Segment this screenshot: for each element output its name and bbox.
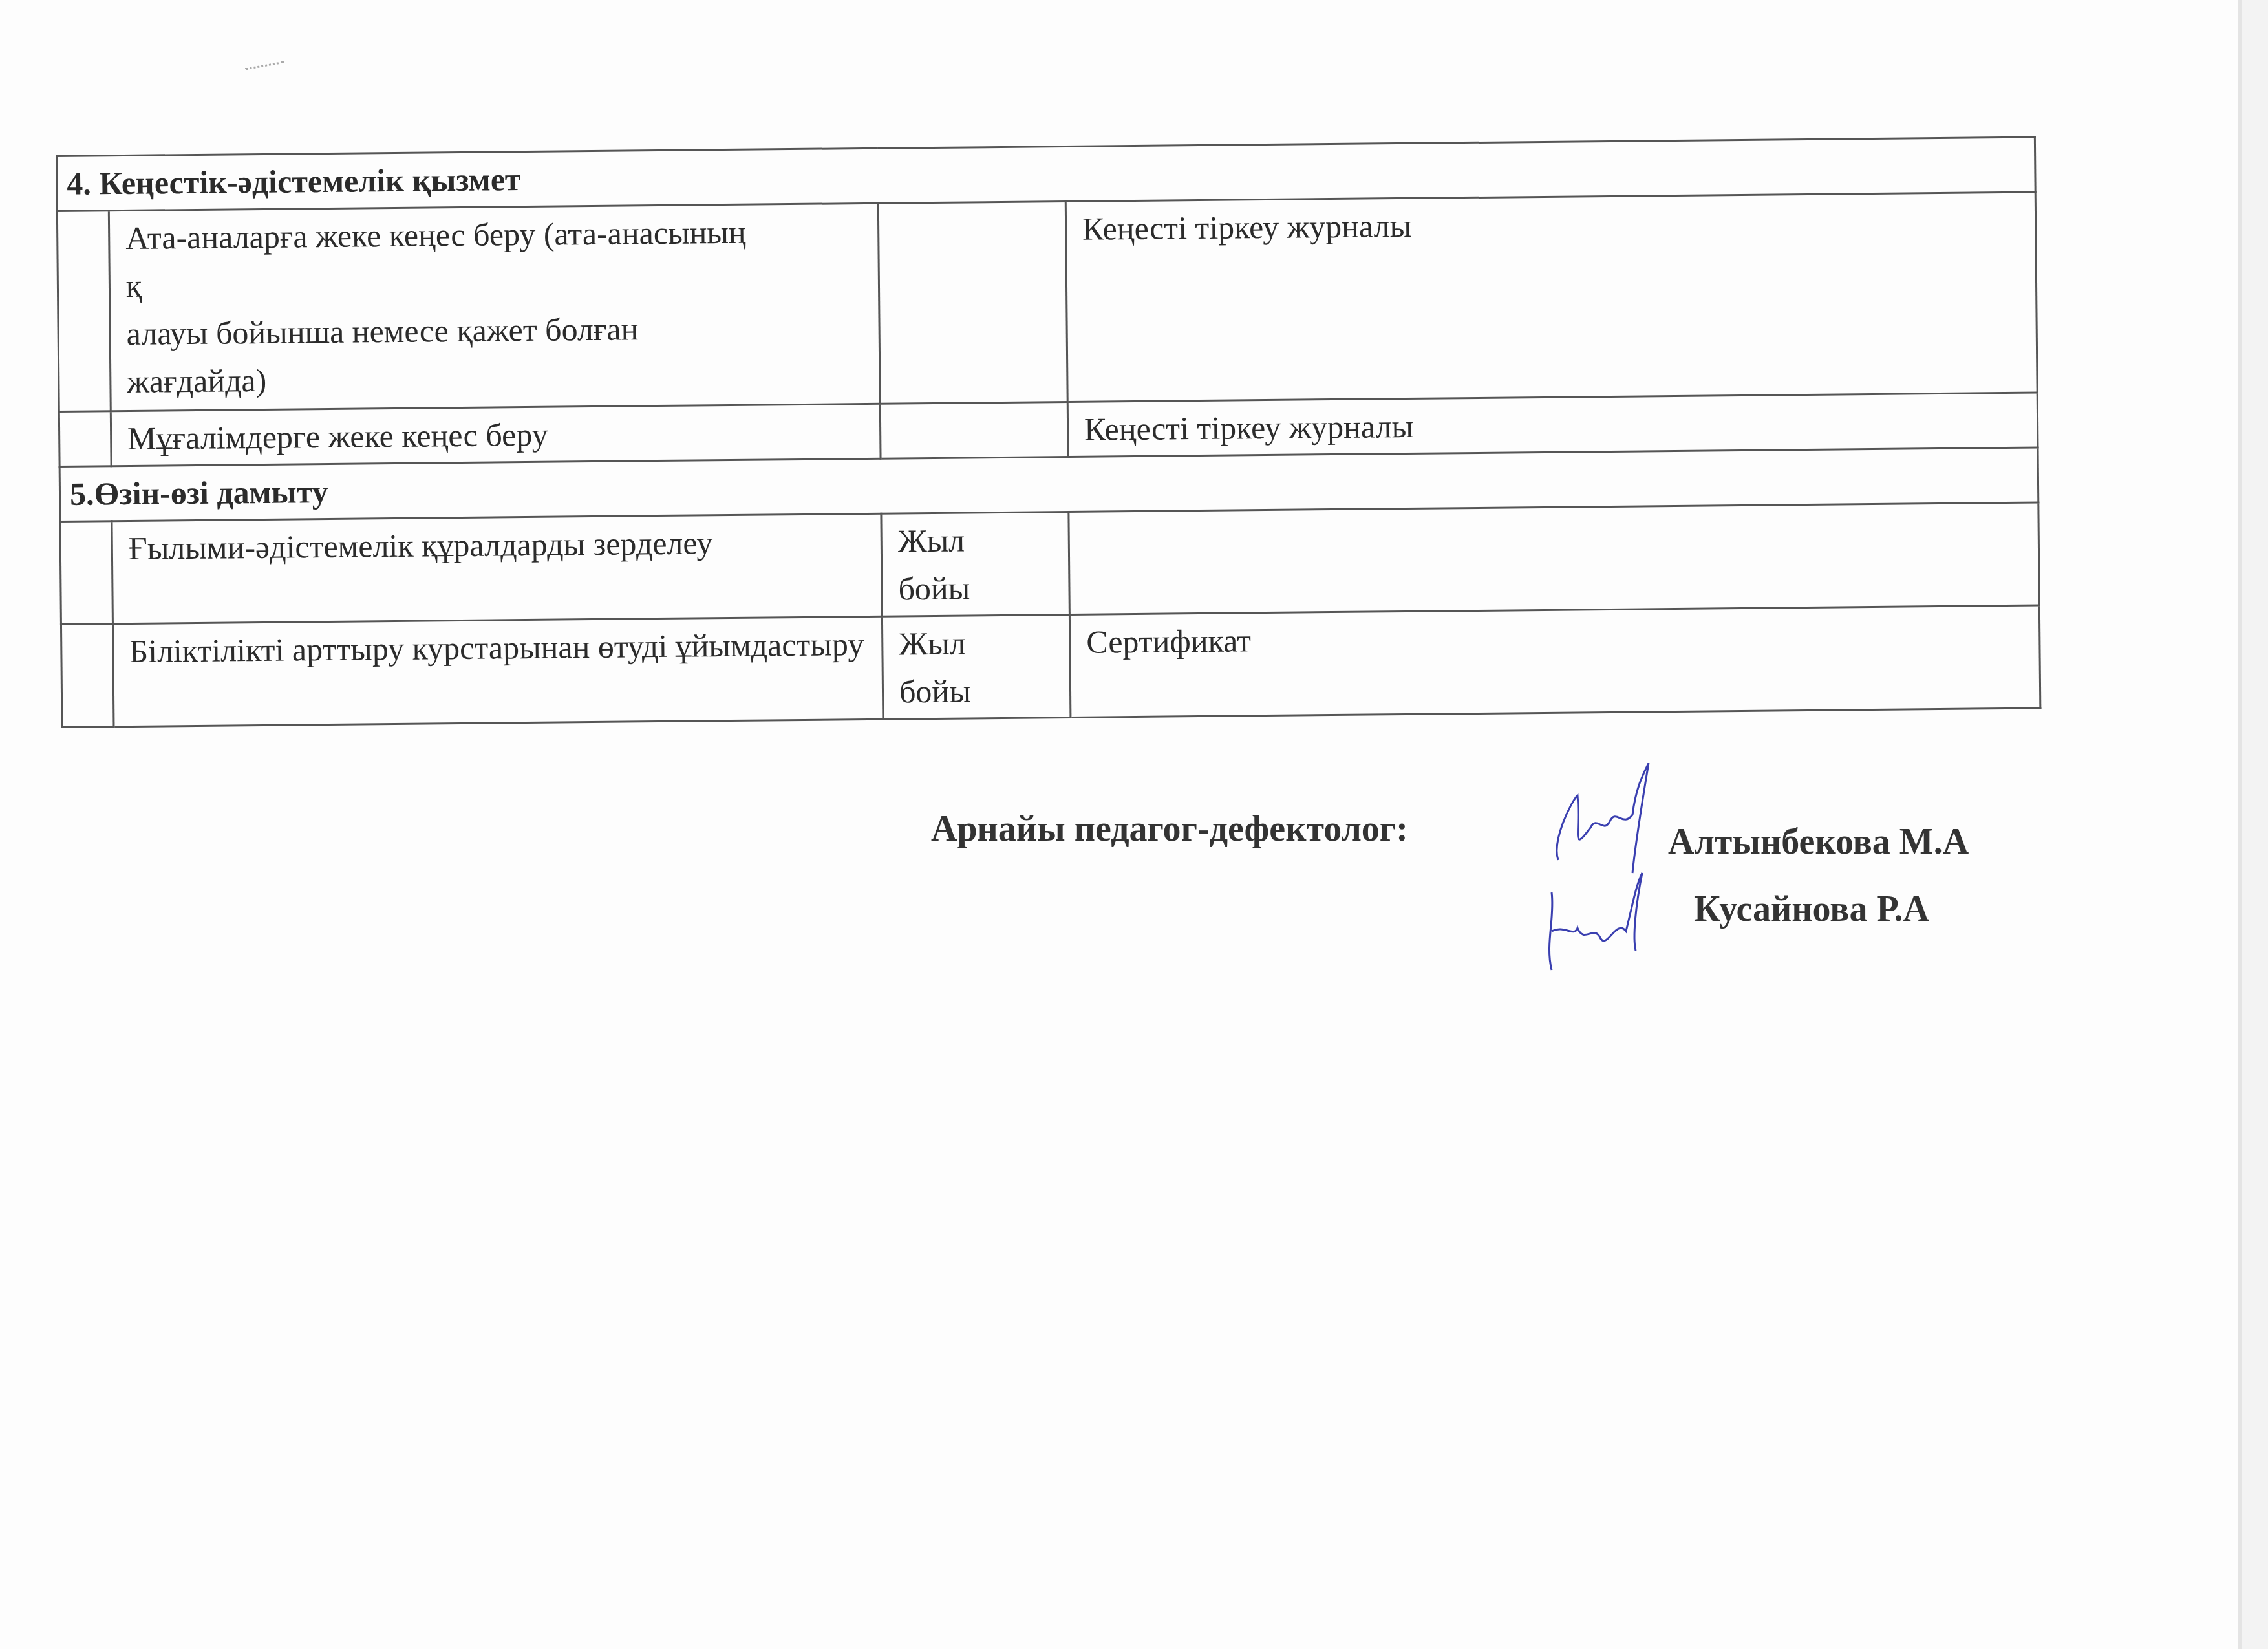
activity-cell: Ата-аналарға жеке кеңес беру (ата-анасын…: [109, 203, 880, 411]
signature-2-icon: [1539, 867, 1655, 983]
table-row: Біліктілікті арттыру курстарынан өтуді ұ…: [61, 605, 2040, 727]
period-cell: [880, 402, 1068, 458]
plan-table: 4. Кеңестік-әдістемелік қызмет Ата-анала…: [56, 136, 2041, 728]
signoff-role: Арнайы педагог-дефектолог:: [931, 808, 1408, 850]
scan-border: [2242, 0, 2268, 1649]
activity-cell: Біліктілікті арттыру курстарынан өтуді ұ…: [112, 616, 883, 726]
signoff-names: Алтынбекова М.А Кусайнова Р.А: [1668, 808, 1969, 943]
scan-edge-line: [2238, 0, 2242, 1649]
row-number: [57, 211, 111, 412]
row-number: [60, 521, 113, 625]
row-number: [61, 624, 114, 727]
activity-line: алауы бойынша немесе қажет болған: [126, 303, 863, 358]
signatory-name: Кусайнова Р.А: [1668, 876, 1969, 943]
signatory-name: Алтынбекова М.А: [1668, 808, 1969, 876]
row-number: [59, 411, 111, 467]
period-cell: [878, 202, 1067, 404]
activity-cell: Мұғалімдерге жеке кеңес беру: [111, 404, 881, 466]
document-page: 4. Кеңестік-әдістемелік қызмет Ата-анала…: [56, 136, 2039, 728]
result-cell: Кеңесті тіркеу журналы: [1065, 192, 2037, 402]
result-cell: [1069, 502, 2039, 614]
period-cell: Жылбойы: [881, 512, 1070, 616]
scan-smudge: [245, 61, 284, 76]
activity-line: қ: [126, 255, 863, 310]
period-cell: Жылбойы: [882, 614, 1071, 719]
activity-line: Ата-аналарға жеке кеңес беру (ата-анасын…: [125, 207, 862, 262]
activity-cell: Ғылыми-әдістемелік құралдарды зерделеу: [112, 513, 882, 623]
result-cell: Кеңесті тіркеу журналы: [1067, 393, 2038, 457]
result-cell: Сертификат: [1069, 605, 2040, 717]
activity-line: жағдайда): [127, 350, 864, 405]
table-row: Ғылыми-әдістемелік құралдарды зерделеу Ж…: [60, 502, 2039, 624]
table-row: Ата-аналарға жеке кеңес беру (ата-анасын…: [57, 192, 2037, 411]
